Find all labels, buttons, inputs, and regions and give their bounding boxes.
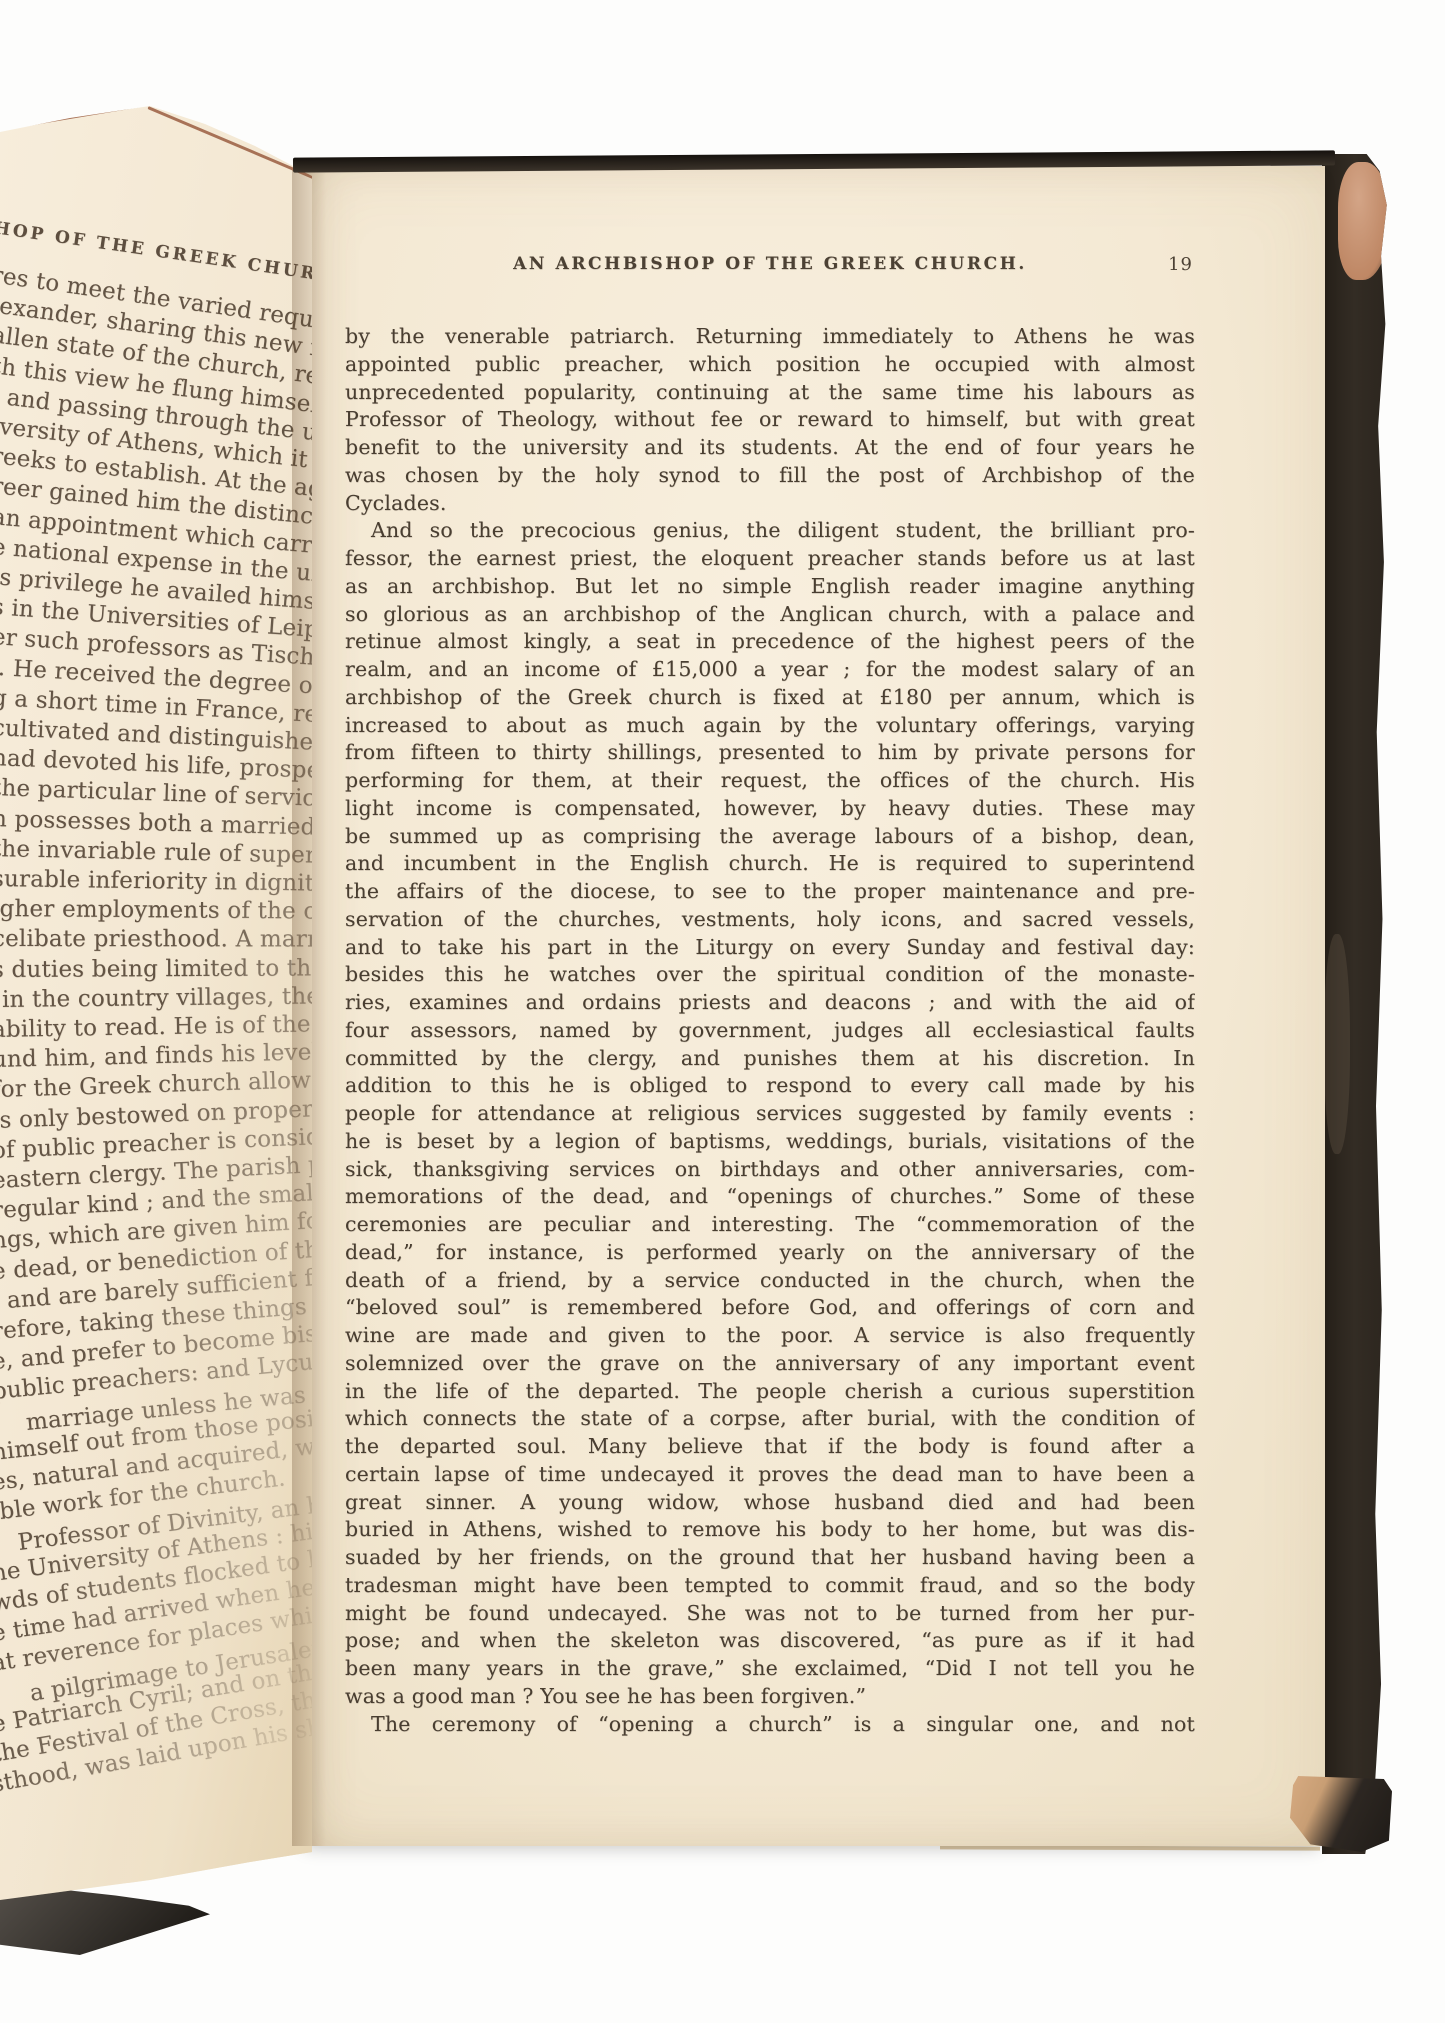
- body-line-23: and to take his part in the Liturgy on e…: [345, 934, 1195, 962]
- body-line-2: appointed public preacher, which positio…: [345, 351, 1195, 379]
- body-line-8: And so the precocious genius, the dilige…: [345, 517, 1195, 545]
- cover-wear-mark-top: [1338, 162, 1390, 280]
- body-line-4: Professor of Theology, without fee or re…: [345, 406, 1195, 434]
- body-line-49: been many years in the grave,” she excla…: [345, 1655, 1195, 1683]
- body-line-24: besides this he watches over the spiritu…: [345, 961, 1195, 989]
- left-page-text: HOP OF THE GREEK CHURCH. res to meet the…: [0, 100, 312, 1910]
- body-line-28: addition to this he is obliged to respon…: [345, 1072, 1195, 1100]
- body-line-18: light income is compensated, however, by…: [345, 795, 1195, 823]
- body-line-39: in the life of the departed. The people …: [345, 1378, 1195, 1406]
- body-line-38: solemnized over the grave on the anniver…: [345, 1350, 1195, 1378]
- page-header-row: AN ARCHBISHOP OF THE GREEK CHURCH. 19: [345, 254, 1195, 284]
- body-line-47: might be found undecayed. She was not to…: [345, 1600, 1195, 1628]
- body-line-35: death of a friend, by a service conducte…: [345, 1267, 1195, 1295]
- body-line-10: as an archbishop. But let no simple Engl…: [345, 573, 1195, 601]
- body-line-27: committed by the clergy, and punishes th…: [345, 1045, 1195, 1073]
- body-line-21: the affairs of the diocese, to see to th…: [345, 878, 1195, 906]
- body-line-5: benefit to the university and its studen…: [345, 434, 1195, 462]
- body-line-17: performing for them, at their request, t…: [345, 767, 1195, 795]
- book-cover-right-edge: [1322, 154, 1394, 1854]
- body-line-37: wine are made and given to the poor. A s…: [345, 1322, 1195, 1350]
- page-stack-edge: [940, 1845, 1320, 1850]
- body-line-26: four assessors, named by government, jud…: [345, 1017, 1195, 1045]
- body-line-29: people for attendance at religious servi…: [345, 1100, 1195, 1128]
- body-line-32: memorations of the dead, and “openings o…: [345, 1183, 1195, 1211]
- body-line-48: pose; and when the skeleton was discover…: [345, 1627, 1195, 1655]
- body-line-13: realm, and an income of £15,000 a year ;…: [345, 656, 1195, 684]
- body-line-50: was a good man ? You see he has been for…: [345, 1683, 1195, 1711]
- body-line-46: tradesman might have been tempted to com…: [345, 1572, 1195, 1600]
- body-line-12: retinue almost kingly, a seat in precede…: [345, 628, 1195, 656]
- body-line-6: was chosen by the holy synod to fill the…: [345, 462, 1195, 490]
- body-line-41: the departed soul. Many believe that if …: [345, 1433, 1195, 1461]
- cover-wear-mark-middle: [1324, 934, 1350, 1154]
- body-line-9: fessor, the earnest priest, the eloquent…: [345, 545, 1195, 573]
- right-page: AN ARCHBISHOP OF THE GREEK CHURCH. 19 by…: [298, 166, 1325, 1846]
- body-line-15: increased to about as much again by the …: [345, 712, 1195, 740]
- body-line-44: buried in Athens, wished to remove his b…: [345, 1516, 1195, 1544]
- body-line-14: archbishop of the Greek church is fixed …: [345, 684, 1195, 712]
- body-line-25: ries, examines and ordains priests and d…: [345, 989, 1195, 1017]
- body-line-30: he is beset by a legion of baptisms, wed…: [345, 1128, 1195, 1156]
- running-header: AN ARCHBISHOP OF THE GREEK CHURCH.: [345, 254, 1195, 274]
- body-line-20: and incumbent in the English church. He …: [345, 850, 1195, 878]
- body-line-11: so glorious as an archbishop of the Angl…: [345, 601, 1195, 629]
- left-page: HOP OF THE GREEK CHURCH. res to meet the…: [0, 100, 312, 1910]
- body-line-34: dead,” for instance, is performed yearly…: [345, 1239, 1195, 1267]
- body-line-40: which connects the state of a corpse, af…: [345, 1405, 1195, 1433]
- page-number: 19: [1168, 254, 1193, 275]
- body-line-43: great sinner. A young widow, whose husba…: [345, 1489, 1195, 1517]
- body-line-7: Cyclades.: [345, 490, 1195, 518]
- body-line-36: “beloved soul” is remembered before God,…: [345, 1294, 1195, 1322]
- body-line-3: unprecedented popularity, continuing at …: [345, 379, 1195, 407]
- body-line-16: from fifteen to thirty shillings, presen…: [345, 739, 1195, 767]
- body-line-31: sick, thanksgiving services on birthdays…: [345, 1156, 1195, 1184]
- body-line-1: by the venerable patriarch. Returning im…: [345, 323, 1195, 351]
- body-line-19: be summed up as comprising the average l…: [345, 823, 1195, 851]
- body-line-22: servation of the churches, vestments, ho…: [345, 906, 1195, 934]
- body-line-42: certain lapse of time undecayed it prove…: [345, 1461, 1195, 1489]
- body-line-51: The ceremony of “opening a church” is a …: [345, 1711, 1195, 1739]
- body-line-45: suaded by her friends, on the ground tha…: [345, 1544, 1195, 1572]
- book-photo: AN ARCHBISHOP OF THE GREEK CHURCH. 19 by…: [0, 0, 1445, 2023]
- body-line-33: ceremonies are peculiar and interesting.…: [345, 1211, 1195, 1239]
- page-body-text: by the venerable patriarch. Returning im…: [345, 323, 1195, 1738]
